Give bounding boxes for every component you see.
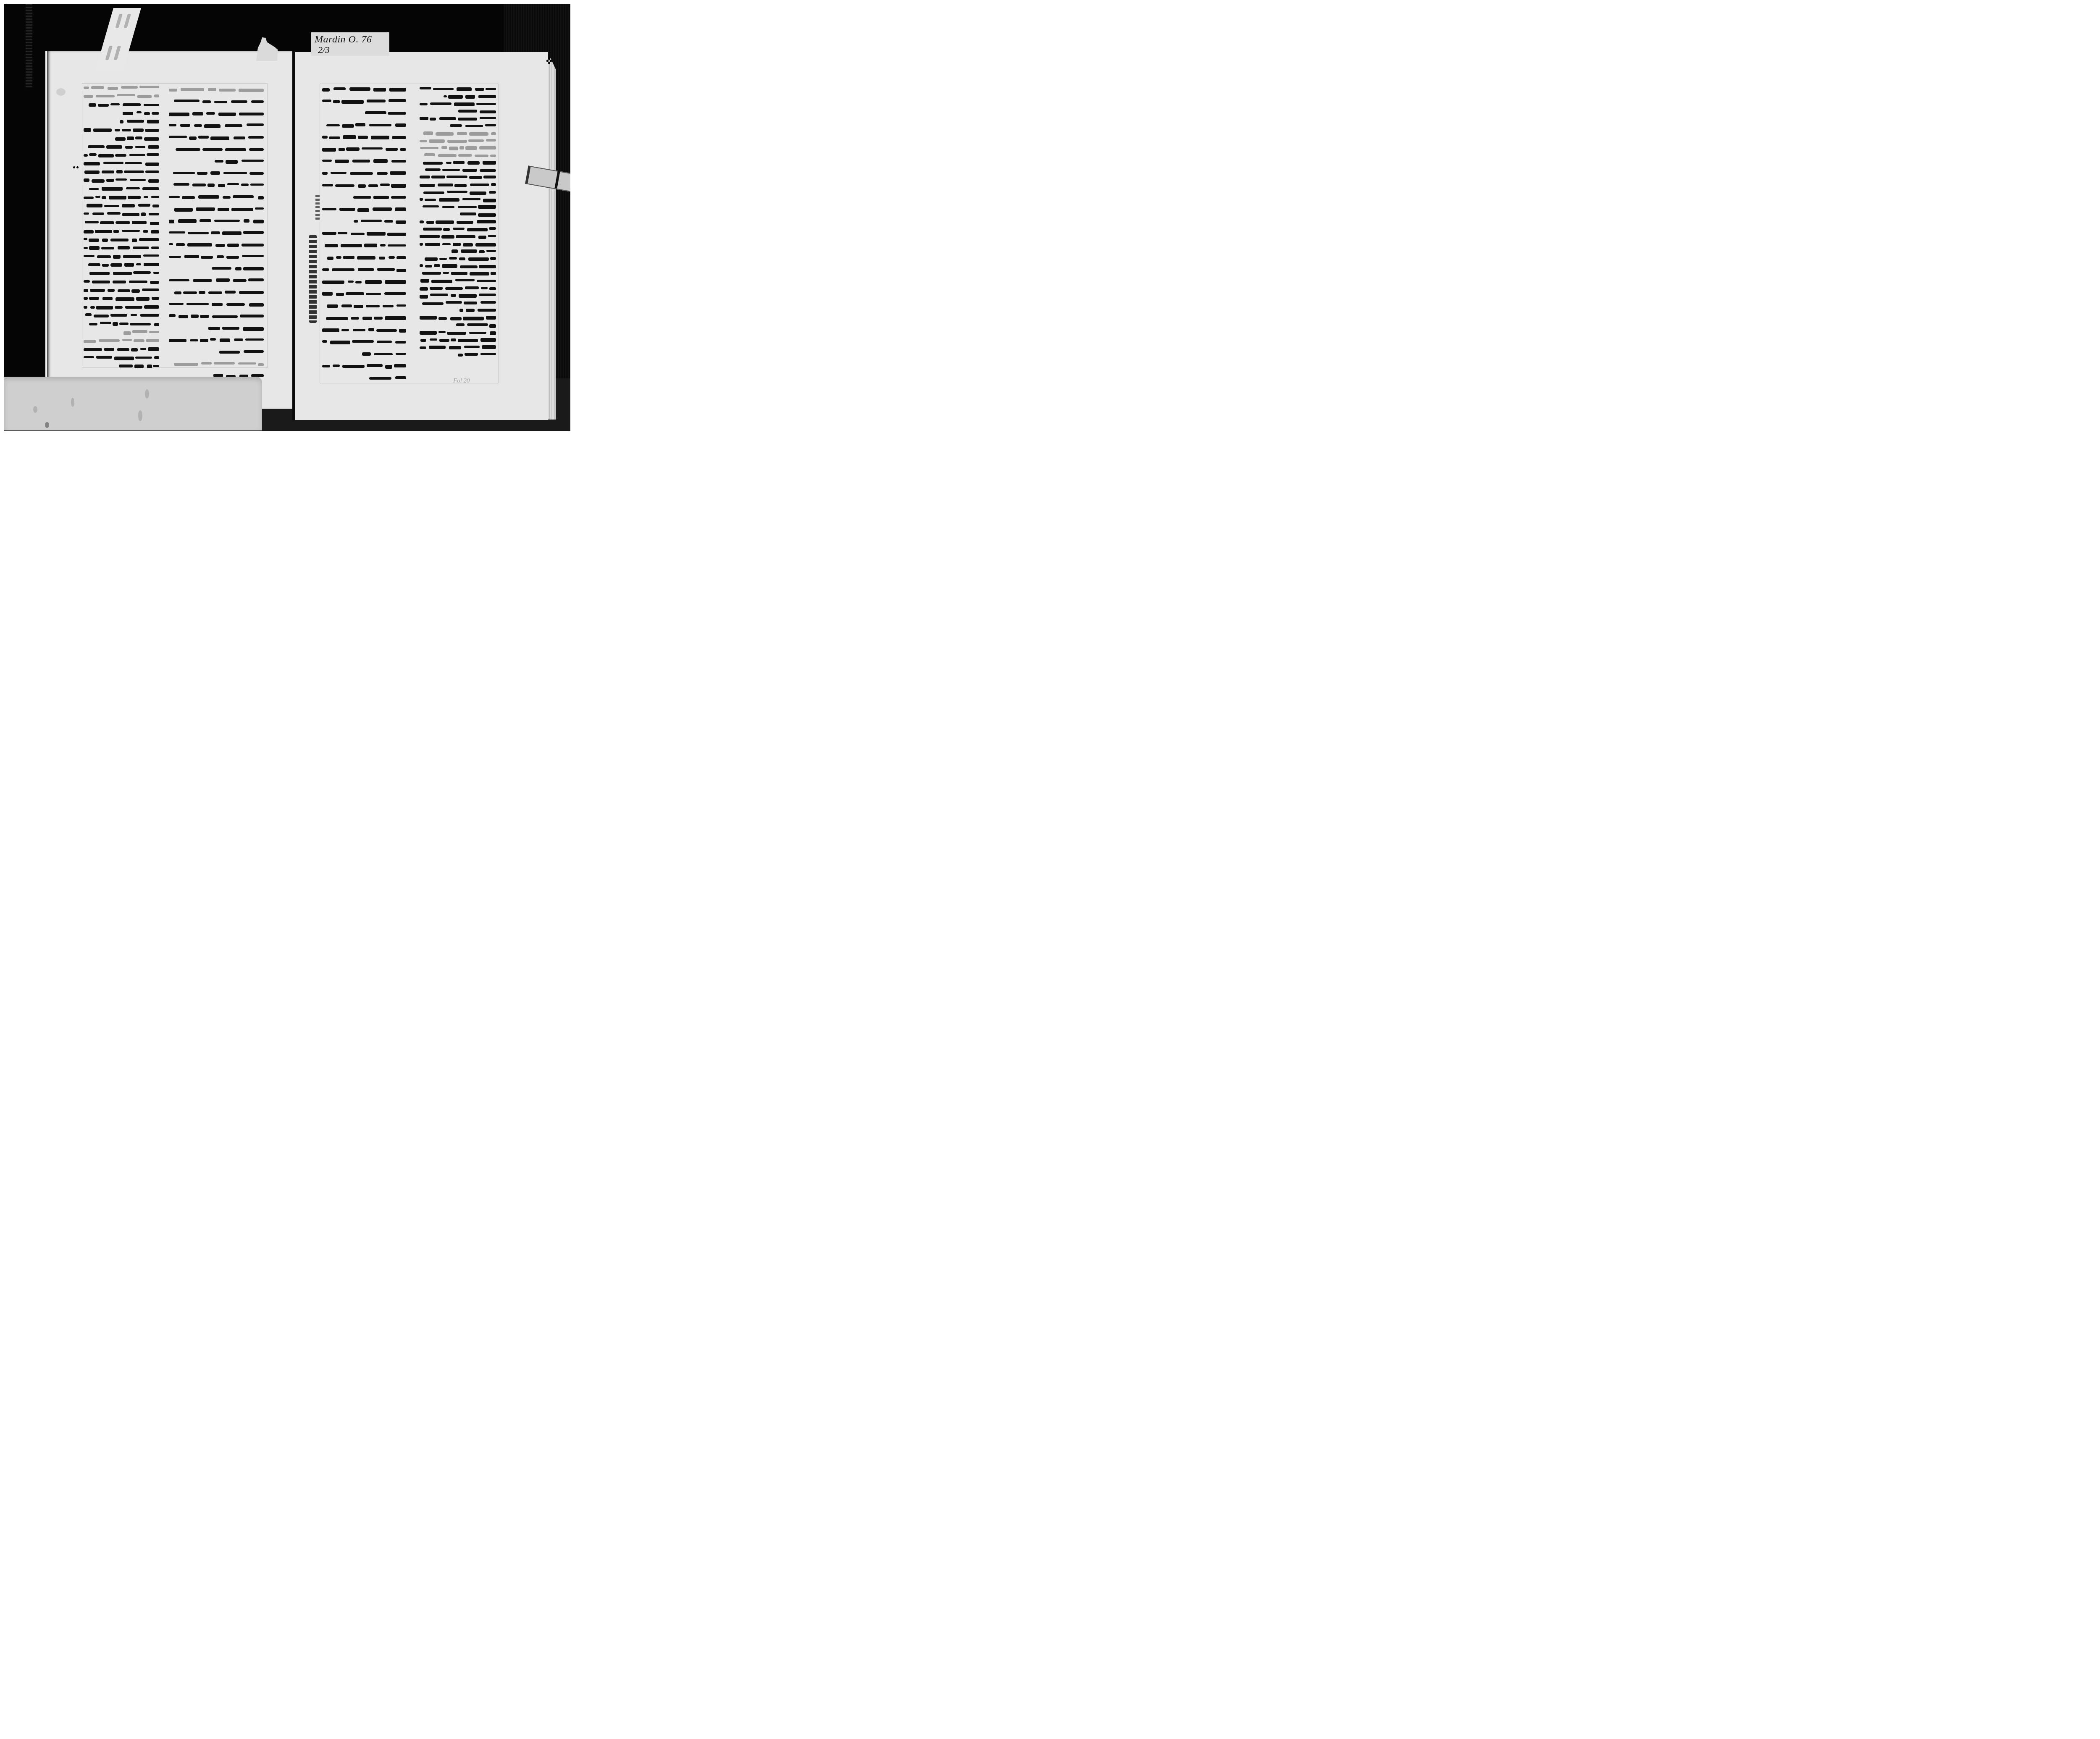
syriac-text-line (169, 123, 264, 127)
syriac-text-line (322, 195, 406, 199)
syriac-text-line (322, 256, 406, 260)
syriac-text-line (322, 328, 406, 332)
right-page-column-outer (420, 87, 496, 357)
syriac-text-line (322, 352, 406, 356)
left-page-column-inner (169, 88, 264, 378)
syriac-text-line (84, 305, 159, 309)
syriac-text-line (169, 136, 264, 139)
syriac-text-line (84, 313, 159, 317)
vertical-marginal-note-short (315, 195, 320, 220)
syriac-text-line (84, 280, 159, 283)
syriac-text-line (169, 100, 264, 103)
syriac-text-line (420, 131, 496, 135)
quatrefoil-ornament-icon (546, 58, 552, 63)
syriac-text-line (169, 326, 264, 330)
gutter (292, 51, 295, 420)
syriac-text-line (84, 246, 159, 249)
syriac-text-line (322, 123, 406, 127)
syriac-text-line (420, 94, 496, 98)
syriac-text-line (420, 257, 496, 260)
syriac-text-line (322, 280, 406, 283)
syriac-text-line (322, 316, 406, 320)
syriac-text-line (84, 86, 159, 89)
syriac-text-line (322, 304, 406, 308)
left-page-column-outer (84, 86, 159, 368)
syriac-text-line (322, 135, 406, 139)
syriac-text-line (420, 345, 496, 349)
syriac-text-line (84, 111, 159, 115)
syriac-text-line (169, 278, 264, 282)
syriac-text-line (322, 268, 406, 272)
syriac-text-line (420, 212, 496, 216)
syriac-text-line (84, 119, 159, 123)
syriac-text-line (169, 290, 264, 294)
syriac-text-line (420, 249, 496, 253)
photograph-frame: Fol 20 Mardin O. 76 2/3 (4, 4, 570, 431)
syriac-text-line (420, 235, 496, 239)
syriac-text-line (84, 195, 159, 199)
syriac-text-line (322, 364, 406, 368)
shelfmark-text: Mardin O. 76 (315, 34, 372, 45)
syriac-text-line (169, 350, 264, 354)
syriac-text-line (84, 356, 159, 359)
syriac-text-line (169, 314, 264, 318)
syriac-text-line (322, 244, 406, 247)
syriac-text-line (322, 159, 406, 163)
syriac-text-line (169, 171, 264, 175)
syriac-text-line (169, 302, 264, 306)
syriac-text-line (420, 161, 496, 165)
syriac-text-line (420, 264, 496, 268)
syriac-text-line (420, 353, 496, 357)
margin-mark-icon (73, 166, 79, 169)
syriac-text-line (84, 136, 159, 140)
frame-number-text: 2/3 (318, 45, 330, 55)
syriac-text-line (420, 153, 496, 157)
syriac-text-line (169, 231, 264, 235)
syriac-text-line (84, 271, 159, 275)
syriac-text-line (84, 364, 159, 368)
syriac-text-line (420, 102, 496, 105)
syriac-text-line (84, 288, 159, 292)
syriac-text-line (84, 254, 159, 258)
vertical-marginal-note (309, 235, 317, 323)
syriac-text-line (84, 220, 159, 224)
syriac-text-line (420, 116, 496, 120)
syriac-text-line (322, 231, 406, 235)
right-page-column-inner (322, 87, 406, 380)
syriac-text-line (420, 205, 496, 209)
syriac-text-line (169, 219, 264, 223)
syriac-text-line (420, 323, 496, 327)
syriac-text-line (420, 124, 496, 128)
syriac-text-line (84, 212, 159, 216)
syriac-text-line (84, 263, 159, 267)
syriac-text-line (322, 87, 406, 91)
syriac-text-line (84, 102, 159, 106)
syriac-text-line (84, 338, 159, 342)
syriac-text-line (322, 184, 406, 187)
syriac-text-line (84, 204, 159, 207)
syriac-text-line (84, 170, 159, 174)
syriac-text-line (420, 338, 496, 342)
syriac-text-line (420, 198, 496, 202)
syriac-text-line (322, 376, 406, 380)
syriac-text-line (84, 330, 159, 334)
folio-note: Fol 20 (453, 378, 470, 385)
syriac-text-line (322, 147, 406, 151)
syriac-text-line (84, 187, 159, 191)
syriac-text-line (420, 168, 496, 172)
syriac-text-line (84, 347, 159, 351)
syriac-text-line (169, 243, 264, 247)
shelfmark-label-card: Mardin O. 76 2/3 (311, 32, 389, 56)
syriac-text-line (420, 330, 496, 334)
syriac-text-line (169, 338, 264, 342)
syriac-text-line (420, 286, 496, 290)
syriac-text-line (420, 279, 496, 283)
syriac-text-line (420, 294, 496, 297)
syriac-text-line (169, 254, 264, 258)
syriac-text-line (169, 195, 264, 199)
syriac-text-line (420, 87, 496, 91)
syriac-text-line (420, 308, 496, 312)
syriac-text-line (169, 112, 264, 115)
syriac-text-line (322, 292, 406, 296)
syriac-text-line (169, 183, 264, 187)
syriac-text-line (84, 322, 159, 325)
syriac-text-line (169, 159, 264, 163)
syriac-text-line (84, 153, 159, 157)
syriac-text-line (420, 301, 496, 305)
syriac-text-line (84, 162, 159, 165)
syriac-text-line (420, 227, 496, 231)
syriac-text-line (420, 316, 496, 320)
syriac-text-line (322, 220, 406, 223)
syriac-text-line (420, 183, 496, 187)
syriac-text-line (169, 88, 264, 92)
syriac-text-line (322, 171, 406, 175)
syriac-text-line (169, 207, 264, 211)
syriac-text-line (169, 267, 264, 270)
syriac-text-line (420, 139, 496, 142)
syriac-text-line (322, 207, 406, 211)
syriac-text-line (84, 145, 159, 149)
syriac-text-line (420, 190, 496, 194)
syriac-text-line (169, 362, 264, 366)
syriac-text-line (420, 242, 496, 246)
syriac-text-line (322, 340, 406, 344)
stain (56, 88, 66, 96)
background-strap (26, 4, 32, 88)
syriac-text-line (420, 176, 496, 179)
syriac-text-line (84, 178, 159, 182)
syriac-text-line (169, 147, 264, 151)
syriac-text-line (420, 146, 496, 150)
syriac-text-line (84, 296, 159, 300)
syriac-text-line (84, 128, 159, 131)
syriac-text-line (84, 237, 159, 241)
syriac-text-line (84, 94, 159, 98)
syriac-text-line (420, 220, 496, 223)
syriac-text-line (420, 109, 496, 113)
gray-support-block (4, 377, 262, 430)
syriac-text-line (322, 99, 406, 103)
syriac-text-line (322, 111, 406, 115)
syriac-text-line (420, 271, 496, 275)
syriac-text-line (84, 229, 159, 233)
